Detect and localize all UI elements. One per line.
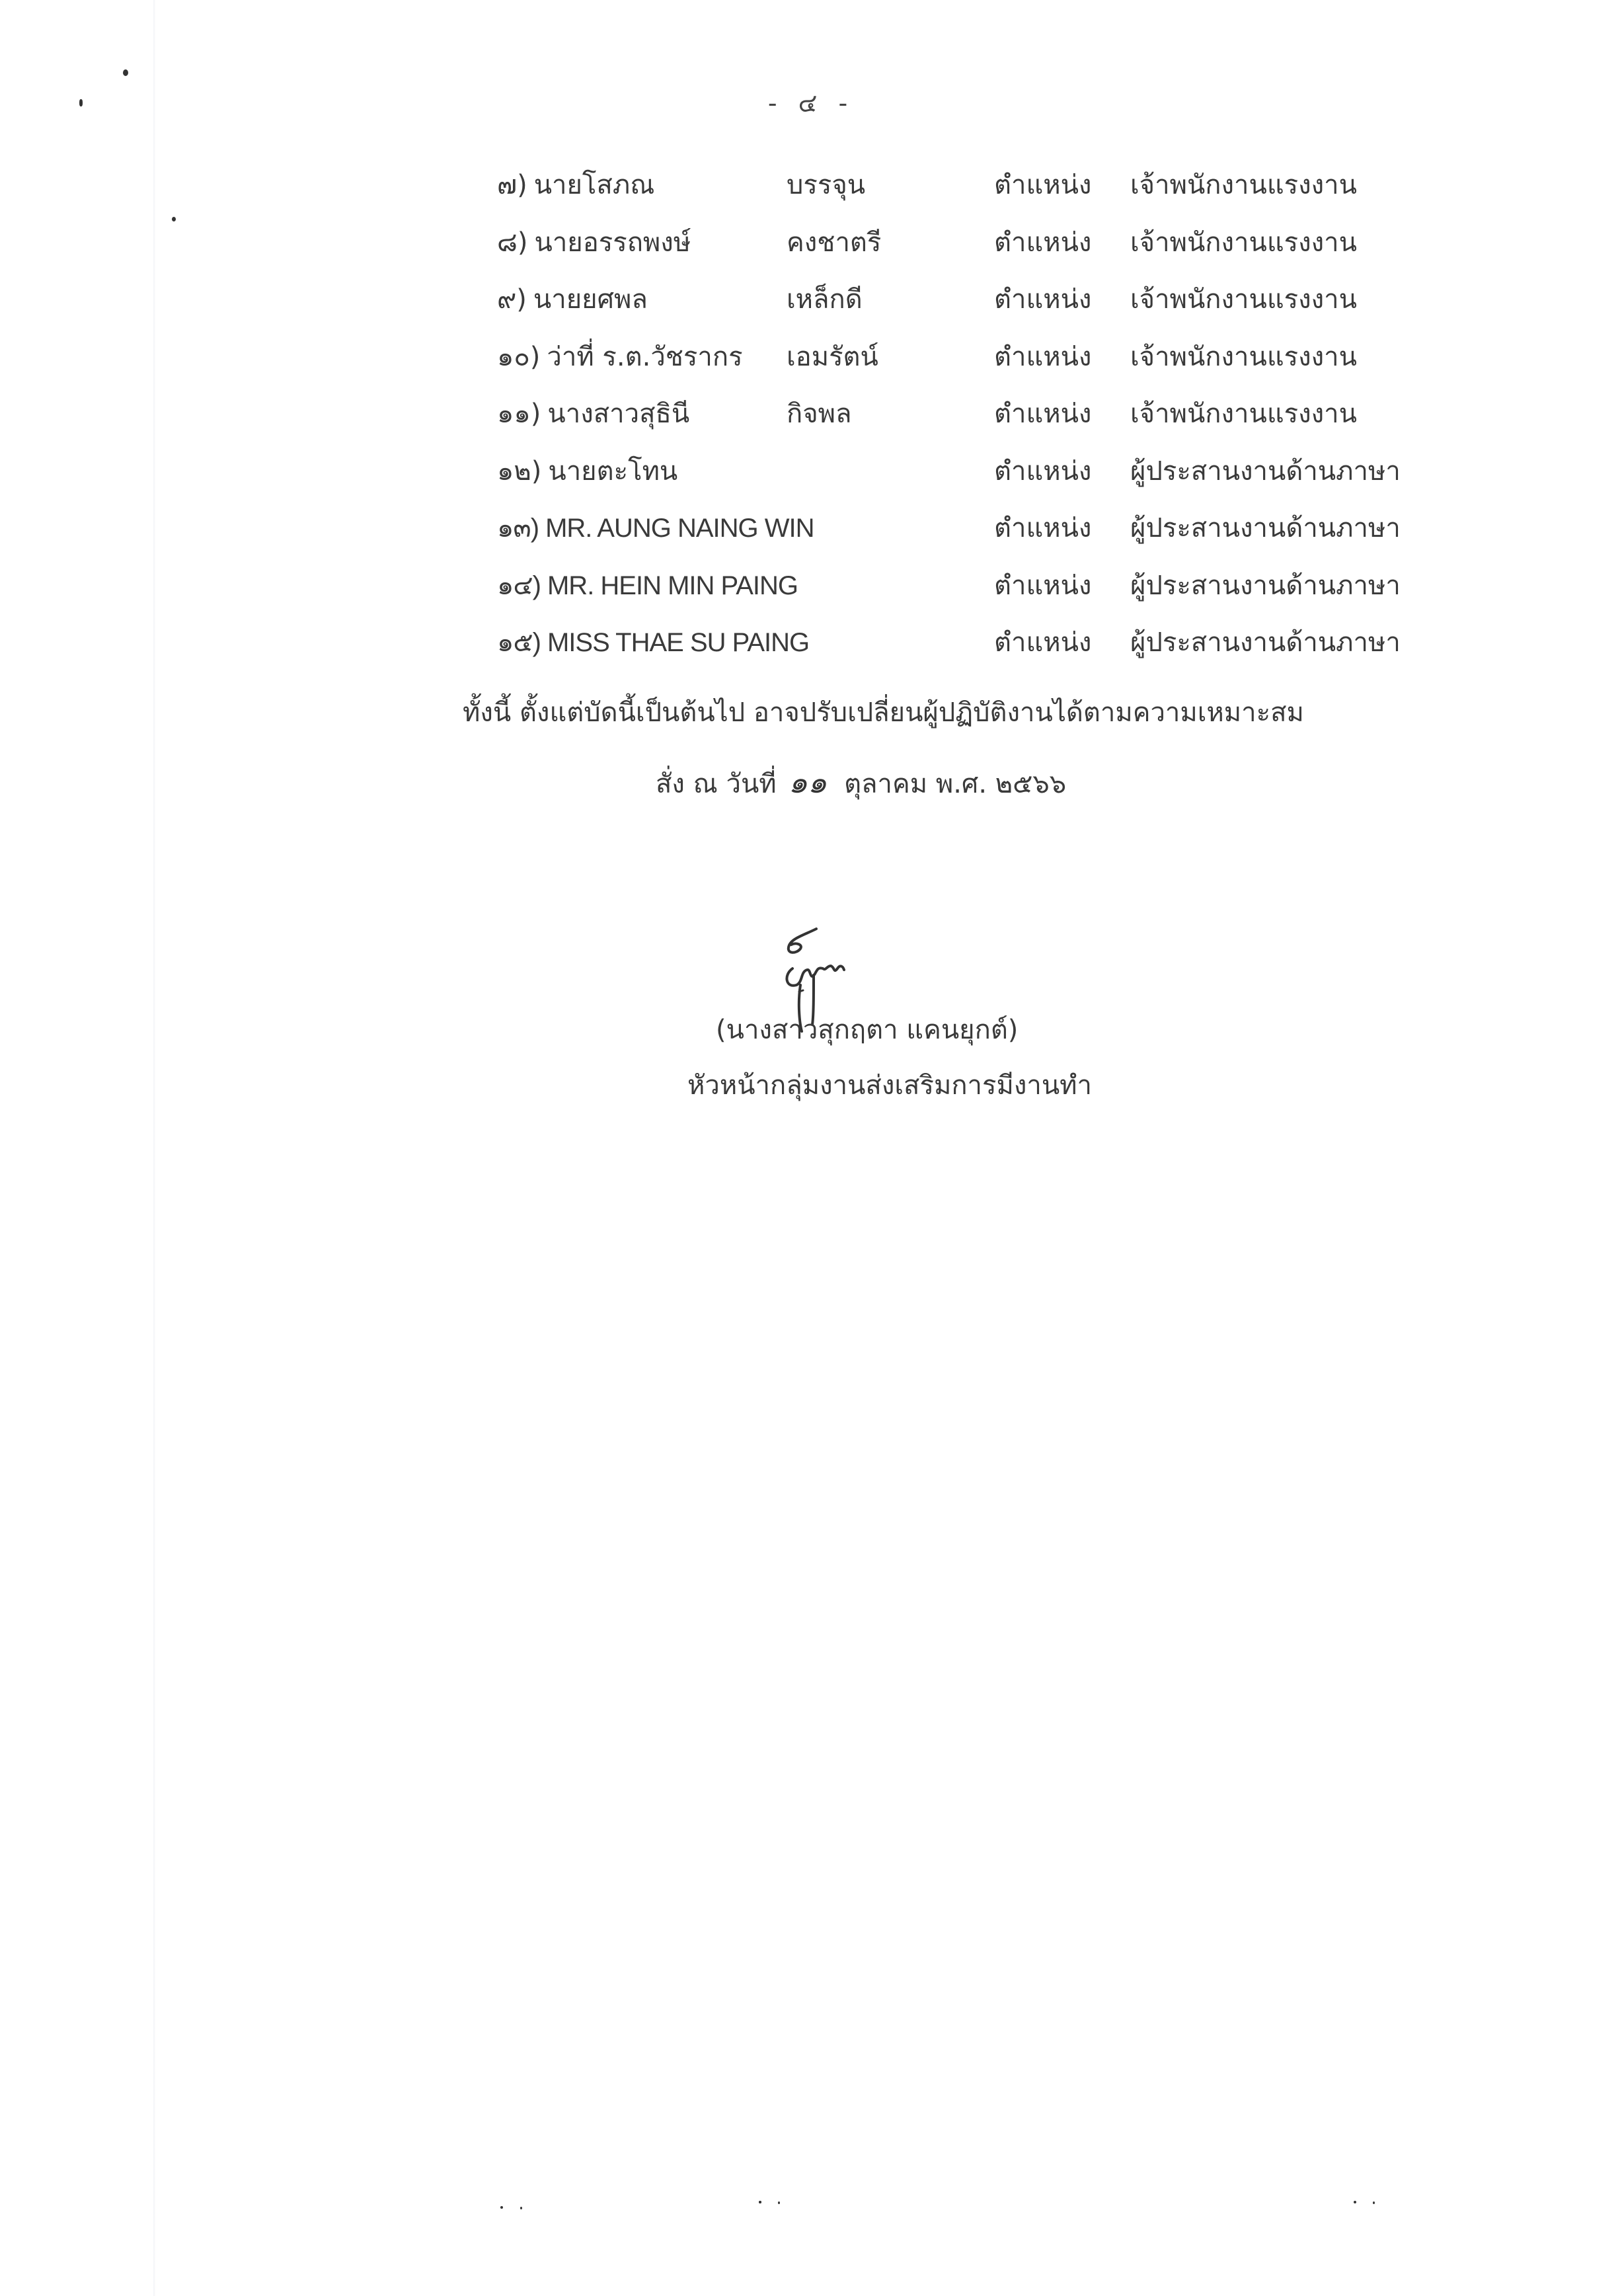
roster-position-title: เจ้าพนักงานแรงงาน	[1130, 280, 1357, 319]
roster-number-and-name: ๑๓)MR. AUNG NAING WIN	[497, 508, 814, 548]
roster-number: ๑๔)	[497, 571, 541, 600]
roster-number-and-name: ๑๕)MISS THAE SU PAING	[497, 623, 809, 662]
roster-number: ๘)	[497, 227, 527, 258]
roster-number: ๙)	[497, 284, 527, 315]
position-label: ตำแหน่ง	[994, 623, 1091, 662]
roster-number-and-name: ๑๒)นายตะโทน	[497, 452, 677, 491]
roster-row: ๑๔)MR. HEIN MIN PAINGตำแหน่งผู้ประสานงาน…	[497, 566, 1422, 623]
position-label: ตำแหน่ง	[994, 508, 1091, 548]
order-date-day: ๑๑	[789, 762, 827, 802]
order-date-prefix: สั่ง ณ วันที่	[656, 769, 777, 799]
scan-speck	[778, 2201, 780, 2204]
roster-name: MISS THAE SU PAING	[547, 628, 809, 657]
roster-row: ๘)นายอรรถพงษ์คงชาตรีตำแหน่งเจ้าพนักงานแร…	[497, 223, 1422, 280]
position-label: ตำแหน่ง	[994, 280, 1091, 319]
roster-position-title: เจ้าพนักงานแรงงาน	[1130, 394, 1357, 434]
scan-speck	[123, 69, 128, 76]
scan-speck	[759, 2201, 761, 2203]
scan-speck	[520, 2207, 522, 2209]
roster-position-title: ผู้ประสานงานด้านภาษา	[1130, 452, 1401, 491]
roster-surname: กิจพล	[787, 394, 852, 434]
roster-surname: เอมรัตน์	[787, 337, 878, 377]
roster-position-title: ผู้ประสานงานด้านภาษา	[1130, 566, 1401, 606]
position-label: ตำแหน่ง	[994, 452, 1091, 491]
position-label: ตำแหน่ง	[994, 337, 1091, 377]
roster-name: นายยศพล	[533, 284, 648, 315]
roster-number: ๑๕)	[497, 628, 541, 657]
roster-position-title: เจ้าพนักงานแรงงาน	[1130, 223, 1357, 262]
position-label: ตำแหน่ง	[994, 394, 1091, 434]
roster-row: ๗)นายโสภณบรรจุนตำแหน่งเจ้าพนักงานแรงงาน	[497, 165, 1422, 223]
roster-number-and-name: ๑๔)MR. HEIN MIN PAING	[497, 566, 798, 606]
position-label: ตำแหน่ง	[994, 165, 1091, 205]
roster-number-and-name: ๑๐)ว่าที่ ร.ต.วัชรากร	[497, 337, 743, 377]
roster-number-and-name: ๙)นายยศพล	[497, 280, 648, 319]
roster-row: ๙)นายยศพลเหล็กดีตำแหน่งเจ้าพนักงานแรงงาน	[497, 280, 1422, 337]
document-page: - ๔ - ๗)นายโสภณบรรจุนตำแหน่งเจ้าพนักงานแ…	[0, 0, 1622, 2296]
signer-name: (นางสาวสุกฤตา แคนยุกต์)	[716, 1010, 1018, 1050]
page-number: - ๔ -	[0, 83, 1622, 123]
roster-surname: บรรจุน	[787, 165, 865, 205]
roster-name: นายอรรถพงษ์	[534, 227, 691, 258]
roster-name: นางสาวสุธินี	[547, 399, 689, 429]
position-label: ตำแหน่ง	[994, 223, 1091, 262]
scan-speck	[172, 217, 176, 221]
roster-number-and-name: ๑๑)นางสาวสุธินี	[497, 394, 689, 434]
scan-speck	[1354, 2201, 1356, 2203]
roster-row: ๑๕)MISS THAE SU PAINGตำแหน่งผู้ประสานงาน…	[497, 623, 1422, 680]
scan-edge-line	[153, 0, 155, 2296]
roster-name: นายโสภณ	[534, 170, 655, 200]
roster-number-and-name: ๗)นายโสภณ	[497, 165, 654, 205]
roster-row: ๑๐)ว่าที่ ร.ต.วัชรากรเอมรัตน์ตำแหน่งเจ้า…	[497, 337, 1422, 395]
scan-speck	[500, 2206, 503, 2209]
roster-row: ๑๑)นางสาวสุธินีกิจพลตำแหน่งเจ้าพนักงานแร…	[497, 394, 1422, 452]
roster-surname: คงชาตรี	[787, 223, 881, 262]
roster-number: ๗)	[497, 170, 527, 200]
roster-number-and-name: ๘)นายอรรถพงษ์	[497, 223, 691, 262]
order-date-month-year: ตุลาคม พ.ศ. ๒๕๖๖	[844, 769, 1066, 799]
roster-name: นายตะโทน	[548, 456, 677, 487]
roster-name: ว่าที่ ร.ต.วัชรากร	[547, 342, 742, 372]
roster-number: ๑๐)	[497, 342, 540, 372]
roster-row: ๑๓)MR. AUNG NAING WINตำแหน่งผู้ประสานงาน…	[497, 508, 1422, 566]
statement-paragraph: ทั้งนี้ ตั้งแต่บัดนี้เป็นต้นไป อาจปรับเป…	[463, 693, 1304, 732]
roster-name: MR. HEIN MIN PAING	[547, 571, 798, 600]
roster-position-title: เจ้าพนักงานแรงงาน	[1130, 165, 1357, 205]
roster-number: ๑๒)	[497, 456, 541, 487]
roster-position-title: เจ้าพนักงานแรงงาน	[1130, 337, 1357, 377]
roster-row: ๑๒)นายตะโทนตำแหน่งผู้ประสานงานด้านภาษา	[497, 452, 1422, 509]
order-date-line: สั่ง ณ วันที่๑๑ตุลาคม พ.ศ. ๒๕๖๖	[656, 762, 1066, 804]
roster-surname: เหล็กดี	[787, 280, 863, 319]
position-label: ตำแหน่ง	[994, 566, 1091, 606]
signer-title: หัวหน้ากลุ่มงานส่งเสริมการมีงานทำ	[687, 1066, 1092, 1105]
scan-speck	[1373, 2201, 1375, 2204]
roster-number: ๑๓)	[497, 514, 539, 543]
roster-number: ๑๑)	[497, 399, 541, 429]
roster-name: MR. AUNG NAING WIN	[545, 514, 814, 543]
staff-roster: ๗)นายโสภณบรรจุนตำแหน่งเจ้าพนักงานแรงงาน๘…	[497, 165, 1422, 680]
roster-position-title: ผู้ประสานงานด้านภาษา	[1130, 623, 1401, 662]
roster-position-title: ผู้ประสานงานด้านภาษา	[1130, 508, 1401, 548]
